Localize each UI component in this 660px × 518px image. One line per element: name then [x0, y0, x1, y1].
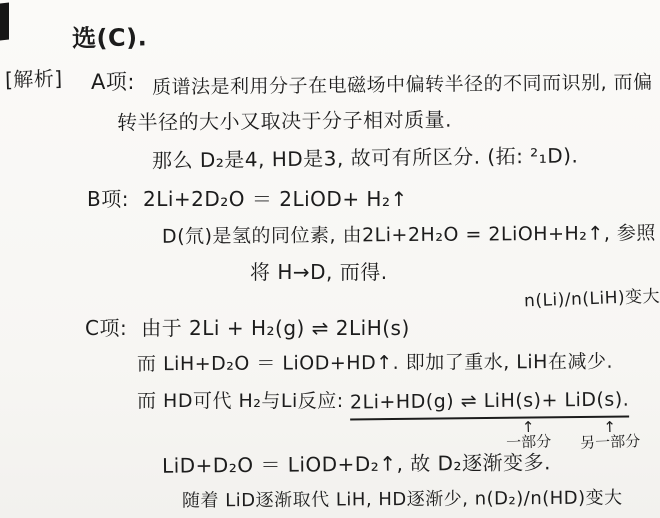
option-a-line-3: 那么 D₂是4, HD是3, 故可有所区分. (拓: ²₁D).: [152, 139, 579, 173]
handwritten-note-page: 选(C). [解析] A项: 质谱法是利用分子在电磁场中偏转半径的不同而识别, …: [0, 0, 660, 518]
option-b-label: B项:: [87, 187, 129, 211]
option-b-line-2: D(氘)是氢的同位素, 由2Li+2H₂O = 2LiOH+H₂↑, 参照: [162, 218, 656, 248]
option-c-line-3-prefix: 而 HD可代 H₂与Li反应:: [137, 390, 350, 412]
option-c-label: C项:: [85, 316, 127, 340]
option-b-equation: 2Li+2D₂O ＝ 2LiOD+ H₂↑: [143, 187, 408, 211]
analysis-bracket-label: [解析]: [5, 62, 63, 92]
option-c-line-5: 随着 LiD逐渐取代 LiH, HD逐渐少, n(D₂)/n(HD)变大: [182, 483, 623, 512]
option-c-line-3: 而 HD可代 H₂与Li反应: 2Li+HD(g) ⇌ LiH(s)+ LiD(…: [137, 386, 630, 419]
margin-note-ratio: n(Li)/n(LiH)变大: [524, 282, 660, 312]
annotation-part-two: ↑ 另一部分: [579, 419, 640, 451]
annotation-part-two-label: 另一部分: [580, 434, 641, 451]
answer-text: 选(C).: [72, 17, 148, 53]
option-c-line-2: 而 LiH+D₂O ＝ LiOD+HD↑. 即加了重水, LiH在减少.: [137, 347, 613, 376]
option-c-equilibrium: 由于 2Li + H₂(g) ⇌ 2LiH(s): [141, 316, 410, 340]
option-b-equation-line: B项:2Li+2D₂O ＝ 2LiOD+ H₂↑: [87, 183, 408, 212]
option-a-line-1: 质谱法是利用分子在电磁场中偏转半径的不同而识别, 而偏: [152, 67, 653, 99]
photo-edge-artifact: [0, 3, 9, 41]
option-a-label: A项:: [91, 66, 135, 96]
option-b-line-3: 将 H→D, 而得.: [250, 256, 388, 285]
option-a-line-2: 转半径的大小又取决于分子相对质量.: [117, 104, 452, 136]
option-c-line-1: C项:由于 2Li + H₂(g) ⇌ 2LiH(s): [85, 312, 410, 341]
underlined-equation: 2Li+HD(g) ⇌ LiH(s)+ LiD(s).: [350, 389, 630, 421]
option-c-line-4: LiD+D₂O ＝ LiOD+D₂↑, 故 D₂逐渐变多.: [162, 446, 551, 478]
